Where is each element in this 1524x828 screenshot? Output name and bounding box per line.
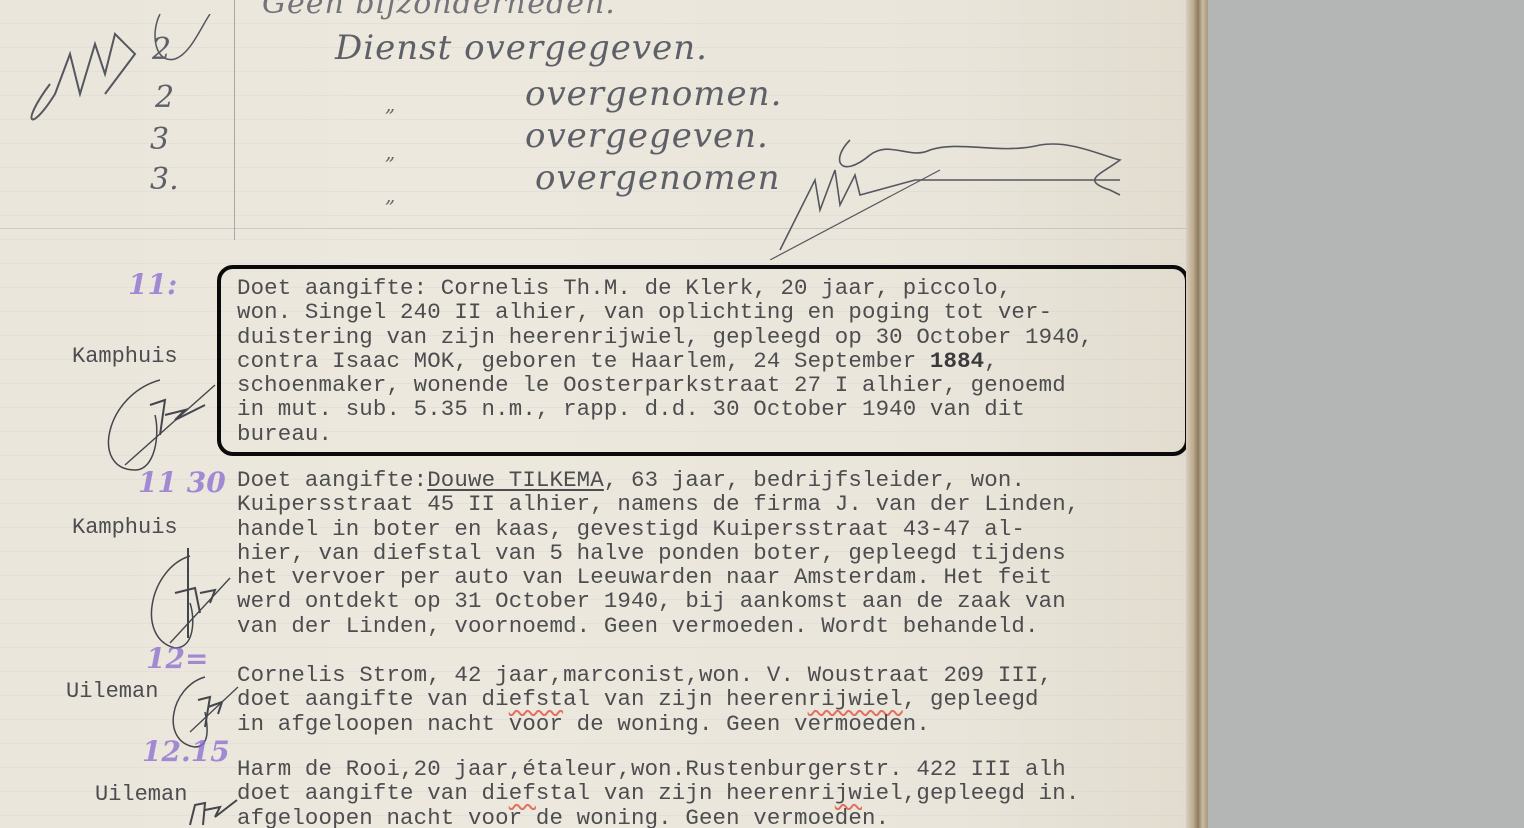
text-segment: , gepleegd xyxy=(903,686,1039,712)
red-pencil-mark: jw xyxy=(835,780,862,806)
signature-icon xyxy=(740,100,1160,260)
complainant-name: Douwe TILKEMA xyxy=(427,467,604,493)
time-stamp: 12= xyxy=(146,642,208,675)
report-entry-2: Doet aangifte:Douwe TILKEMA, 63 jaar, be… xyxy=(237,468,1079,638)
officer-signature-icon xyxy=(95,375,220,475)
book-binding-edge xyxy=(1186,0,1208,828)
report-entry-4: Harm de Rooi,20 jaar,étaleur,won.Rustenb… xyxy=(237,757,1079,828)
line-number: 2 xyxy=(155,80,174,115)
red-pencil-mark: ef xyxy=(509,780,536,806)
ditto-mark: „ xyxy=(385,140,395,164)
text-line: Harm de Rooi,20 jaar,étaleur,won.Rustenb… xyxy=(237,757,1079,781)
text-line: Doet aangifte:Douwe TILKEMA, 63 jaar, be… xyxy=(237,468,1079,492)
handwritten-cutoff-line: Geen bijzonderheden. xyxy=(262,0,616,21)
text-line: Cornelis Strom, 42 jaar,marconist,won. V… xyxy=(237,663,1052,687)
text-line: van der Linden, voornoemd. Geen vermoede… xyxy=(237,614,1079,638)
ditto-mark: „ xyxy=(385,92,395,116)
time-stamp: 11: xyxy=(128,268,177,301)
text-segment: al van zijn heeren xyxy=(563,686,808,712)
text-line: handel in boter en kaas, gevestigd Kuipe… xyxy=(237,517,1079,541)
time-stamp: 11 30 xyxy=(138,466,226,499)
time-stamp: 12.15 xyxy=(142,735,230,768)
document-page: Geen bijzonderheden. 2 Dienst overgegeve… xyxy=(0,0,1196,828)
red-pencil-mark: rijwiel xyxy=(808,686,903,712)
signature-initials-icon xyxy=(10,14,240,124)
handwritten-line: overgegeven. xyxy=(525,116,769,156)
text-line: het vervoer per auto van Leeuwarden naar… xyxy=(237,565,1079,589)
officer-signature-icon xyxy=(140,548,235,653)
text-segment: doet aangifte van di xyxy=(237,686,509,712)
text-segment: iel,gepleegd in. xyxy=(862,780,1079,806)
text-segment: stal van zijn heerenri xyxy=(536,780,835,806)
highlight-bounding-box xyxy=(217,265,1189,456)
officer-name: Kamphuis xyxy=(72,515,178,540)
handwritten-line: Dienst overgegeven. xyxy=(335,28,708,68)
text-line: doet aangifte van diefstal van zijn heer… xyxy=(237,687,1052,711)
text-line: hier, van diefstal van 5 halve ponden bo… xyxy=(237,541,1079,565)
report-entry-3: Cornelis Strom, 42 jaar,marconist,won. V… xyxy=(237,663,1052,736)
text-segment: , 63 jaar, bedrijfsleider, won. xyxy=(604,467,1025,493)
text-line: werd ontdekt op 31 October 1940, bij aan… xyxy=(237,589,1079,613)
text-line: afgeloopen nacht voor de woning. Geen ve… xyxy=(237,806,1079,828)
line-number: 3. xyxy=(150,162,179,197)
red-pencil-mark: efst xyxy=(509,686,563,712)
officer-name: Uileman xyxy=(66,679,158,704)
text-segment: Doet aangifte: xyxy=(237,467,427,493)
officer-name: Kamphuis xyxy=(72,344,178,369)
line-number: 2 xyxy=(152,32,171,67)
text-line: Kuipersstraat 45 II alhier, namens de fi… xyxy=(237,492,1079,516)
line-number: 3 xyxy=(150,122,169,157)
text-line: doet aangifte van diefstal van zijn heer… xyxy=(237,781,1079,805)
officer-signature-icon xyxy=(165,795,240,828)
ditto-mark: „ xyxy=(385,183,395,207)
text-segment: doet aangifte van di xyxy=(237,780,509,806)
text-line: in afgeloopen nacht voor de woning. Geen… xyxy=(237,712,1052,736)
